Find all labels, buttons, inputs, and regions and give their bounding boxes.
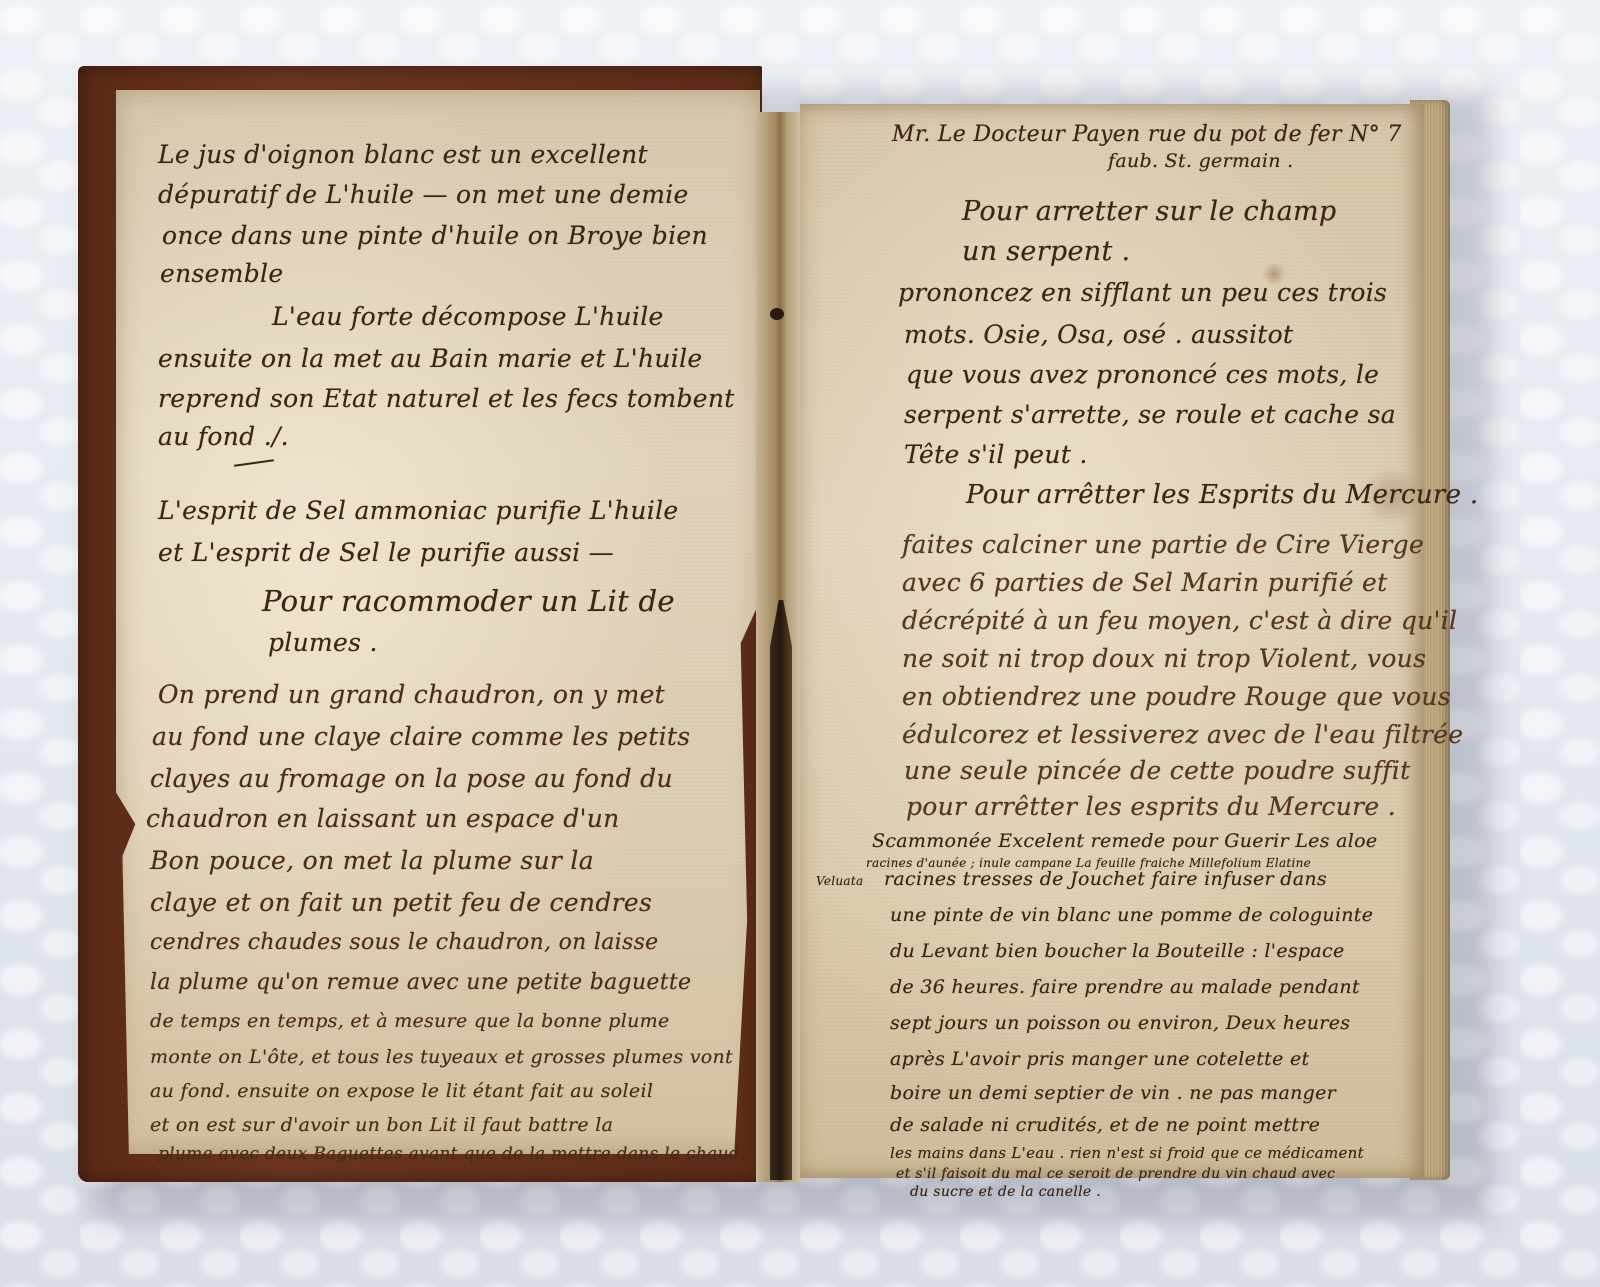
right-line-7: Tête s'il peut . — [904, 440, 1088, 469]
heading-serpent-2: un serpent . — [962, 236, 1130, 267]
left-line-25: plume avec deux Baguettes avant que de l… — [158, 1144, 746, 1164]
left-line-9: L'esprit de Sel ammoniac purifie L'huile — [158, 496, 678, 525]
left-line-22: monte on L'ôte, et tous les tuyeaux et g… — [150, 1046, 733, 1068]
right-line-12: ne soit ni trop doux ni trop Violent, vo… — [902, 644, 1426, 673]
photo-scene: Le jus d'oignon blanc est un excellent d… — [0, 0, 1600, 1287]
left-line-23: au fond. ensuite on expose le lit étant … — [150, 1080, 653, 1102]
left-line-3: once dans une pinte d'huile on Broye bie… — [162, 221, 708, 250]
remedy-line-12: du sucre et de la canelle . — [910, 1184, 1101, 1200]
left-line-8: au fond ./. — [158, 422, 289, 451]
left-line-4: ensemble — [160, 259, 283, 288]
remedy-margin-note: Veluata — [816, 874, 863, 888]
right-line-5: que vous avez prononcé ces mots, le — [906, 360, 1379, 389]
right-line-14: édulcorez et lessiverez avec de l'eau fi… — [902, 720, 1463, 749]
left-line-14: au fond une claye claire comme les petit… — [152, 722, 690, 751]
left-line-7: reprend son Etat naturel et les fecs tom… — [158, 384, 735, 413]
remedy-line-1: Scammonée Excelent remede pour Guerir Le… — [872, 830, 1377, 852]
left-line-10: et L'esprit de Sel le purifie aussi — — [158, 538, 614, 567]
right-line-3: prononcez en sifflant un peu ces trois — [898, 278, 1387, 307]
remedy-line-3: une pinte de vin blanc une pomme de colo… — [890, 904, 1373, 926]
remedy-line-8: boire un demi septier de vin . ne pas ma… — [890, 1082, 1336, 1104]
remedy-line-2: racines tresses de Jouchet faire infuser… — [884, 868, 1327, 890]
left-heading-lit-de-plumes: Pour racommoder un Lit de — [262, 584, 675, 618]
left-line-13: On prend un grand chaudron, on y met — [158, 680, 665, 709]
header-address-line-1: Mr. Le Docteur Payen rue du pot de fer N… — [892, 122, 1402, 147]
left-line-17: Bon pouce, on met la plume sur la — [150, 846, 594, 875]
remedy-line-4: du Levant bien boucher la Bouteille : l'… — [890, 940, 1345, 962]
remedy-line-7: après L'avoir pris manger une cotelette … — [890, 1048, 1309, 1070]
remedy-line-11: et s'il faisoit du mal ce seroit de pren… — [896, 1166, 1335, 1182]
left-line-5: L'eau forte décompose L'huile — [272, 302, 664, 331]
right-line-10: avec 6 parties de Sel Marin purifié et — [902, 568, 1387, 597]
header-address-line-2: faub. St. germain . — [1108, 150, 1294, 172]
right-line-11: décrépité à un feu moyen, c'est à dire q… — [902, 606, 1457, 635]
right-line-9: faites calciner une partie de Cire Vierg… — [902, 530, 1424, 559]
left-line-20: la plume qu'on remue avec une petite bag… — [150, 970, 691, 995]
right-line-6: serpent s'arrette, se roule et cache sa — [904, 400, 1396, 429]
remedy-line-9: de salade ni crudités, et de ne point me… — [890, 1114, 1320, 1136]
left-line-18: claye et on fait un petit feu de cendres — [150, 888, 652, 917]
left-line-19: cendres chaudes sous le chaudron, on lai… — [150, 930, 658, 955]
right-line-16: pour arrêtter les esprits du Mercure . — [906, 792, 1396, 821]
left-line-1: Le jus d'oignon blanc est un excellent — [158, 140, 648, 169]
heading-mercure: Pour arrêtter les Esprits du Mercure . — [966, 480, 1478, 510]
right-line-13: en obtiendrez une poudre Rouge que vous — [902, 682, 1451, 711]
left-line-21: de temps en temps, et à mesure que la bo… — [150, 1010, 670, 1032]
remedy-line-10: les mains dans L'eau . rien n'est si fro… — [890, 1144, 1364, 1162]
left-line-2: dépuratif de L'huile — on met une demie — [158, 180, 689, 209]
left-heading-plumes: plumes . — [268, 628, 378, 657]
right-line-15: une seule pincée de cette poudre suffit — [904, 756, 1410, 785]
remedy-line-5: de 36 heures. faire prendre au malade pe… — [890, 976, 1360, 998]
left-line-15: clayes au fromage on la pose au fond du — [150, 764, 673, 793]
heading-serpent: Pour arretter sur le champ — [962, 196, 1337, 227]
spine-split — [770, 600, 792, 1180]
right-line-4: mots. Osie, Osa, osé . aussitot — [904, 320, 1293, 349]
left-line-24: et on est sur d'avoir un bon Lit il faut… — [150, 1114, 613, 1136]
left-line-16: chaudron en laissant un espace d'un — [146, 804, 620, 833]
binding-hole — [770, 308, 784, 320]
remedy-line-6: sept jours un poisson ou environ, Deux h… — [890, 1012, 1350, 1034]
left-line-6: ensuite on la met au Bain marie et L'hui… — [158, 344, 702, 373]
